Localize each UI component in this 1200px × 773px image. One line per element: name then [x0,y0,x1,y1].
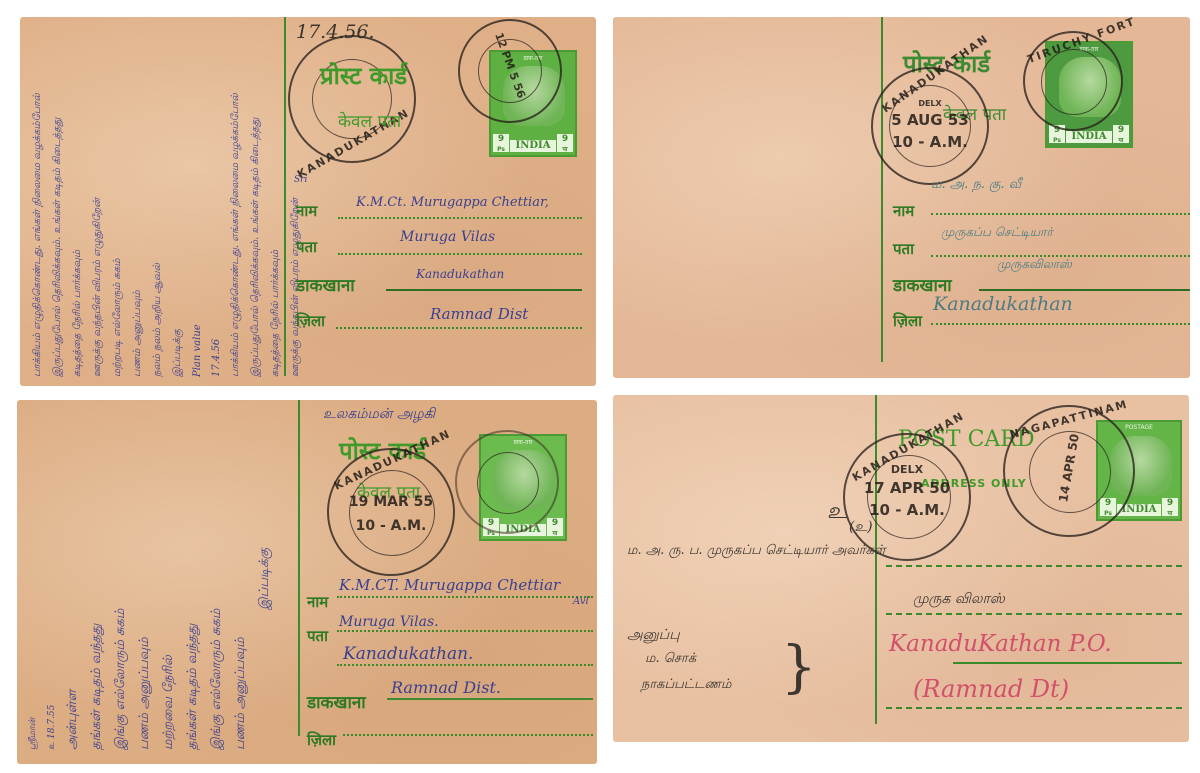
message-line: இப்படிக்கு [172,27,184,377]
postmark-tiruchy-fort: TIRUCHY FORT [1023,31,1123,131]
card-divider [284,17,286,376]
message-line: பணம் அனுப்பவும் [233,410,249,750]
field-line [886,707,1182,709]
field-line [979,289,1190,291]
postmark-kanadukathan: KANADUKATHAN DELX 17 APR 50 10 - A.M. [843,433,971,561]
message-line: அன்புள்ள [65,410,81,750]
card-divider [298,400,300,736]
address-name: ம. அ. ந. கு. வீ [931,177,1021,193]
field-label-address: पता [296,237,317,257]
field-label-name: नाम [307,592,328,612]
address-district: Kanadukathan [933,293,1073,315]
address-line: Muruga Vilas [400,229,495,245]
field-line [931,213,1190,215]
message-line: தங்கள் கடிதம் வந்தது [89,410,105,750]
field-line [886,565,1182,567]
address-name: K.M.Ct. Murugappa Chettiar, [356,195,549,210]
card-divider [881,17,883,362]
sender-line: ம. சொக் [645,651,696,667]
postcard-1953-kanadukathan: पोस्ट कार्ड केवल पता KANADUKATHAN DELX 5… [613,17,1190,378]
message-line: இருப்பதுபோல் தெரிவிக்கவும். உங்கள் கடிதம… [52,27,64,377]
address-suffix: Avl [573,596,589,607]
message-line: ஸ்ரீமான் [27,410,38,750]
address-post-office: KanaduKathan P.O. [889,631,1112,657]
postmark-kumbakonam [455,430,559,534]
field-label-post-office: डाकखाना [307,690,366,713]
field-label-district: ज़िला [893,311,922,331]
address-line: முருகப்ப செட்டியார் [941,225,1053,241]
field-label-name: नाम [893,201,914,221]
message-line: பாக்கியம் எழுதிக்கொண்டது. எங்கள் நிலைமை … [230,27,242,377]
message-text: பாக்கியம் எழுதிக்கொண்டது. எங்கள் நிலைமை … [32,27,302,377]
address-district: Ramnad Dist [430,305,528,323]
postcard-1955-kanadukathan: ஸ்ரீமான் உ 18.7.55 அன்புள்ள தங்கள் கடிதம… [17,400,597,764]
sender-line: நாகப்பட்டணம் [641,677,732,693]
address-post-office: முருகவிலாஸ் [997,257,1072,273]
field-line [336,327,582,329]
postcard-1956-kanadukathan: பாக்கியம் எழுதிக்கொண்டது. எங்கள் நிலைமை … [20,17,596,386]
postmark-kanadukathan: KANADUKATHAN 19 MAR 55 10 - A.M. [327,448,455,576]
message-line: மற்றபடி எல்லோரும் சுகம் [112,27,124,377]
message-line: கடிதத்தை நேரில் பார்க்கவும் [270,27,282,377]
field-line [387,698,593,700]
address-prefix: Sri [294,175,307,185]
field-label-district: ज़िला [296,311,325,331]
address-district: Ramnad Dist. [391,678,501,697]
address-town: Kanadukathan. [343,644,473,664]
postmark-nagapattinam: NAGAPATTINAM 14 APR 50 [1003,405,1135,537]
field-label-address: पता [307,626,328,646]
sender-line: அனுப்பு [627,627,680,645]
address-post-office: Kanadukathan [416,267,504,281]
field-line [931,323,1190,325]
postmark-kanadukathan: KANADUKATHAN DELX 5 AUG 53 10 - A.M. [871,67,989,185]
field-line [337,630,593,632]
message-line: தங்கள் கடிதம் வந்தது [185,410,201,750]
message-line: கடிதத்தை நேரில் பார்க்கவும் [72,27,84,377]
message-line: இருப்பதுபோல் தெரிவிக்கவும். உங்கள் கடிதம… [250,27,262,377]
field-line [886,613,1182,615]
field-line [386,289,582,291]
message-line: பணம் அனுப்பவும் [137,410,153,750]
message-line: ஊருக்கு வந்தபின் விபரம் எழுதுகிறேன் [92,27,104,377]
card-title: प्रोस्ट कार्ड [320,59,407,92]
handwritten-note: உலகம்மன் அழகி [323,406,435,424]
field-line [343,734,593,736]
message-line: நலம் நலம் அறிய ஆவல் [152,27,164,377]
postcard-1950-kanadukathan: POST CARD ADDRESS ONLY KANADUKATHAN DELX… [613,395,1189,742]
salutation-mark: உ [827,499,847,527]
sender-brace-icon: } [781,635,817,700]
address-line: Muruga Vilas. [339,614,439,630]
address-name: K.M.CT. Murugappa Chettiar [339,576,560,594]
field-line [953,662,1182,664]
message-line: 17.4.56 [211,27,222,377]
address-name: ம. அ. ரு. ப. முருகப்ப செட்டியார் அவர்கள் [627,543,886,559]
message-line: பணம் அனுப்பவும் [132,27,144,377]
address-line: முருக விலாஸ் [913,591,1005,609]
field-label-post-office: डाकखाना [296,273,355,296]
field-line [337,596,593,598]
message-line: இப்படிக்கு [257,410,273,610]
message-text: ஸ்ரீமான் உ 18.7.55 அன்புள்ள தங்கள் கடிதம… [27,410,273,750]
field-line [338,253,582,255]
field-label-district: ज़िला [307,730,336,750]
field-line [338,217,582,219]
postmark-kanadukathan: KANADUKATHAN [288,35,416,163]
message-line: உ 18.7.55 [46,410,57,750]
message-line: பாக்கியம் எழுதிக்கொண்டது. எங்கள் நிலைமை … [32,27,44,377]
message-line: Plan value [192,27,203,377]
field-label-address: पता [893,239,914,259]
message-line: மற்றவை நேரில் [161,410,177,750]
field-line [337,664,593,666]
message-line: இங்கு எல்லோரும் சுகம் [209,410,225,750]
card-subtitle: केवल पता [338,109,401,132]
field-label-name: नाम [296,201,317,221]
message-line: இங்கு எல்லோரும் சுகம் [113,410,129,750]
address-district: (Ramnad Dt) [913,675,1069,703]
postmark-madras: 12 PM 5 56 [458,19,562,123]
salutation-mark: (உ) [849,519,873,537]
